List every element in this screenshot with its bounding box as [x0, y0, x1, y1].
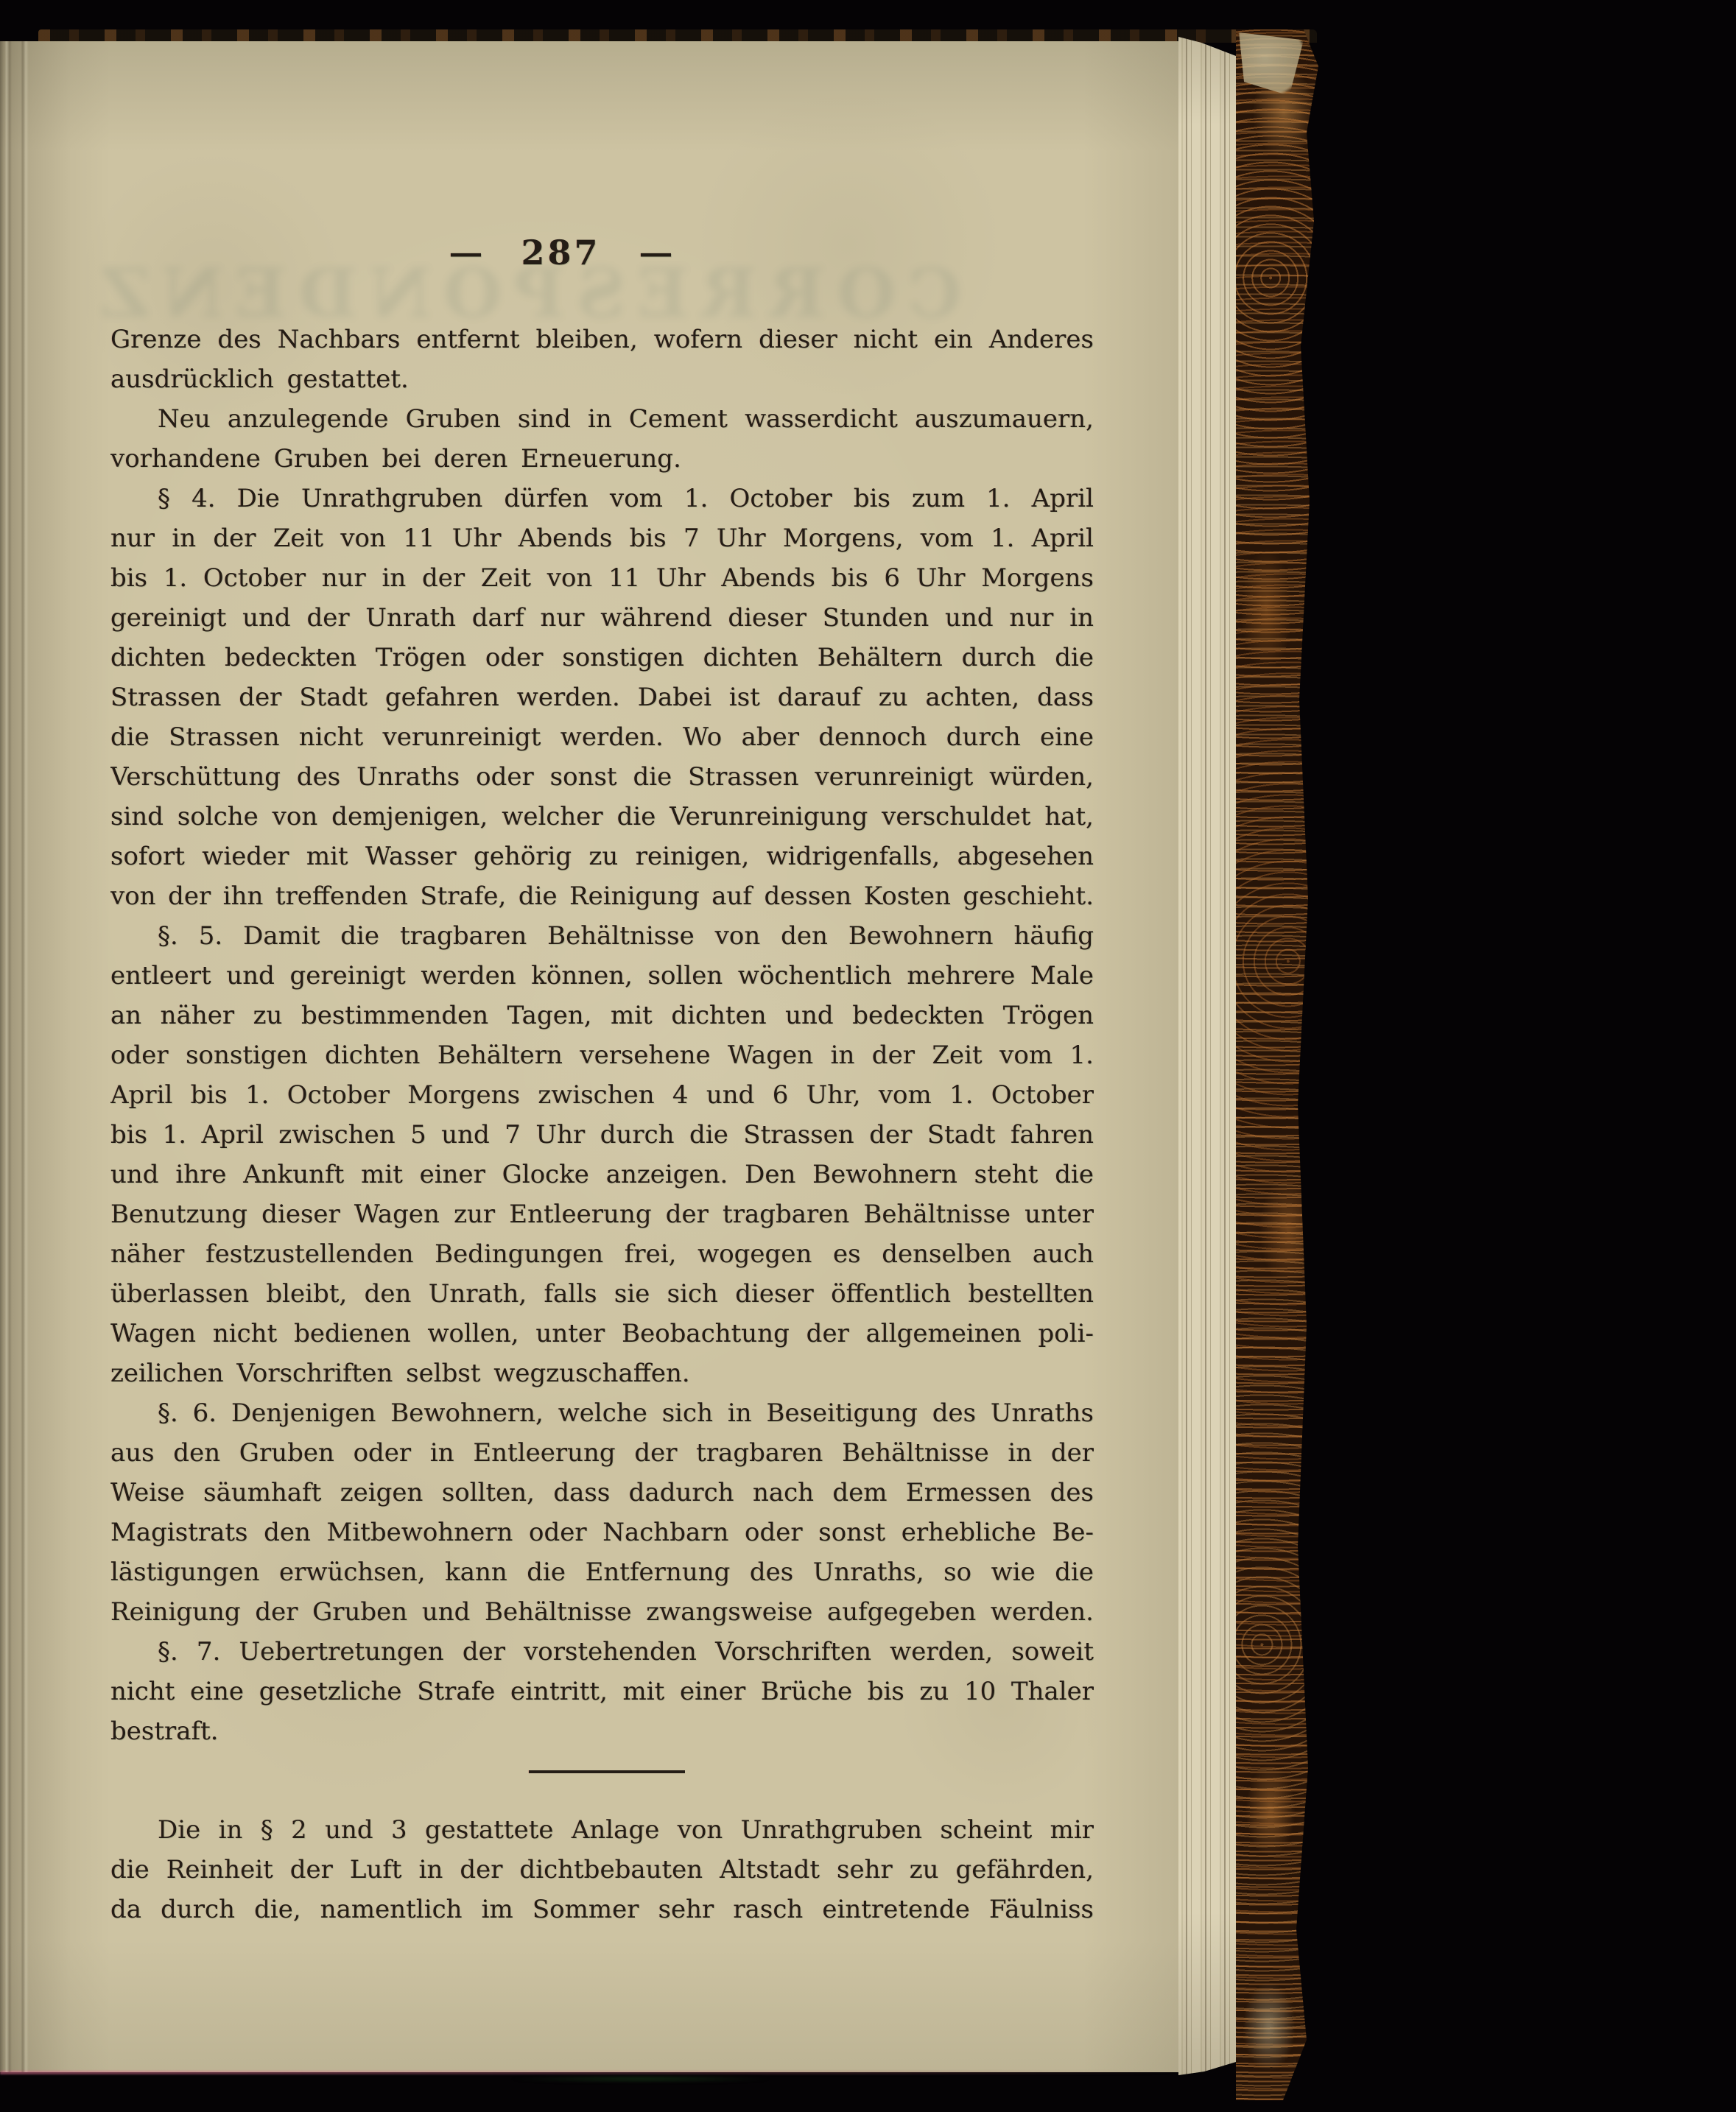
scan-background: CORRESPONDENZ — 287 — Grenze des Nachbar…	[0, 0, 1736, 2112]
text-line: Strassen der Stadt gefahren werden. Dabe…	[110, 677, 1094, 717]
text-line: bestraft.	[110, 1711, 1094, 1751]
text-line: an näher zu bestimmenden Tagen, mit dich…	[110, 996, 1094, 1035]
text-line: näher festzustellenden Bedingungen frei,…	[110, 1234, 1094, 1274]
text-line: entleert und gereinigt werden können, so…	[110, 956, 1094, 996]
text-line: die Reinheit der Luft in der dichtbebaut…	[110, 1850, 1094, 1890]
text-line: zeilichen Vorschriften selbst wegzuschaf…	[110, 1354, 1094, 1393]
marbled-fore-edge	[1236, 29, 1323, 2100]
text-line: nur in der Zeit von 11 Uhr Abends bis 7 …	[110, 518, 1094, 558]
marble-worn-patch	[1243, 1982, 1295, 2071]
text-line: vorhandene Gruben bei deren Erneuerung.	[110, 439, 1094, 479]
text-line: von der ihn treffenden Strafe, die Reini…	[110, 876, 1094, 916]
text-line: die Strassen nicht verunreinigt werden. …	[110, 717, 1094, 757]
text-line: Weise säumhaft zeigen sollten, dass dadu…	[110, 1473, 1094, 1513]
marble-torn-corner	[1239, 32, 1304, 96]
text-line: lästigungen erwüchsen, kann die Entfernu…	[110, 1552, 1094, 1592]
text-line: Magistrats den Mitbewohnern oder Nachbar…	[110, 1513, 1094, 1552]
page-text: Grenze des Nachbars entfernt bleiben, wo…	[110, 320, 1094, 1929]
divider-rule	[529, 1770, 685, 1773]
text-line: gereinigt und der Unrath darf nur währen…	[110, 598, 1094, 638]
page-edge-stack	[1178, 37, 1236, 2075]
text-line: Verschüttung des Unraths oder sonst die …	[110, 757, 1094, 797]
text-line: Neu anzulegende Gruben sind in Cement wa…	[110, 399, 1094, 439]
text-line: sofort wieder mit Wasser gehörig zu rein…	[110, 837, 1094, 876]
text-line: April bis 1. October Morgens zwischen 4 …	[110, 1075, 1094, 1115]
text-line: bis 1. April zwischen 5 und 7 Uhr durch …	[110, 1115, 1094, 1155]
text-line: und ihre Ankunft mit einer Glocke anzeig…	[110, 1155, 1094, 1194]
text-line: da durch die, namentlich im Sommer sehr …	[110, 1890, 1094, 1929]
text-line: Wagen nicht bedienen wollen, unter Beoba…	[110, 1314, 1094, 1354]
text-line: §. 5. Damit die tragbaren Behältnisse vo…	[110, 916, 1094, 956]
text-line: sind solche von demjenigen, welcher die …	[110, 797, 1094, 837]
header-dash-left: —	[449, 236, 482, 270]
scanner-smudge	[508, 2075, 773, 2083]
text-line: Reinigung der Gruben und Behältnisse zwa…	[110, 1592, 1094, 1632]
text-line: ausdrücklich gestattet.	[110, 359, 1094, 399]
section-divider	[110, 1770, 1094, 1810]
text-line: §. 6. Denjenigen Bewohnern, welche sich …	[110, 1393, 1094, 1433]
page-header: — 287 —	[69, 233, 1053, 272]
text-line: bis 1. October nur in der Zeit von 11 Uh…	[110, 558, 1094, 598]
text-line: Grenze des Nachbars entfernt bleiben, wo…	[110, 320, 1094, 359]
text-line: Die in § 2 und 3 gestattete Anlage von U…	[110, 1810, 1094, 1850]
page-number: 287	[521, 233, 600, 272]
text-line: dichten bedeckten Trögen oder sonstigen …	[110, 638, 1094, 677]
gutter-shadow	[0, 41, 52, 2072]
text-line: oder sonstigen dichten Behältern versehe…	[110, 1035, 1094, 1075]
text-line: Benutzung dieser Wagen zur Entleerung de…	[110, 1194, 1094, 1234]
text-line: überlassen bleibt, den Unrath, falls sie…	[110, 1274, 1094, 1314]
text-line: § 4. Die Unrathgruben dürfen vom 1. Octo…	[110, 479, 1094, 518]
text-line: §. 7. Uebertretungen der vorstehenden Vo…	[110, 1632, 1094, 1672]
text-line: nicht eine gesetzliche Strafe eintritt, …	[110, 1672, 1094, 1711]
text-line: aus den Gruben oder in Entleerung der tr…	[110, 1433, 1094, 1473]
header-dash-right: —	[639, 236, 673, 270]
